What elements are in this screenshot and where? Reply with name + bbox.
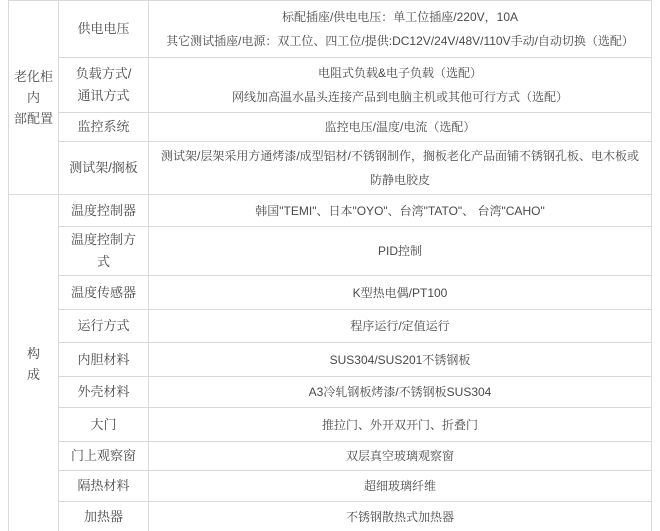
spec-row-label-door-window: 门上观察窗: [59, 442, 149, 471]
spec-row-value-power-voltage: 标配插座/供电电压：单工位插座/220V，10A 其它测试插座/电源：双工位、四…: [149, 1, 652, 58]
spec-row-value-door-window: 双层真空玻璃观察窗: [149, 442, 652, 471]
spec-row-value-monitoring-system: 监控电压/温度/电流（选配）: [149, 113, 652, 142]
table-row: 监控系统 监控电压/温度/电流（选配）: [9, 113, 652, 142]
spec-row-label-inner-material: 内胆材料: [59, 343, 149, 377]
spec-row-value-load-communication: 电阻式负载&电子负载（选配） 网线加高温水晶头连接产品到电脑主机或其他可行方式（…: [149, 58, 652, 113]
section-label-composition: 构 成: [9, 195, 59, 531]
spec-row-label-operation-mode: 运行方式: [59, 310, 149, 343]
spec-row-value-insulation-material: 超细玻璃纤维: [149, 471, 652, 502]
table-row: 加热器 不锈钢散热式加热器: [9, 502, 652, 531]
spec-row-label-insulation-material: 隔热材料: [59, 471, 149, 502]
spec-table: 老化柜 内 部配置 供电电压 标配插座/供电电压：单工位插座/220V，10A …: [8, 0, 652, 531]
spec-row-value-shell-material: A3冷轧钢板烤漆/不锈钢板SUS304: [149, 377, 652, 408]
spec-row-label-monitoring-system: 监控系统: [59, 113, 149, 142]
table-row: 构 成 温度控制器 韩国"TEMI"、日本"OYO"、台湾"TATO"、 台湾"…: [9, 195, 652, 227]
spec-row-label-shell-material: 外壳材料: [59, 377, 149, 408]
spec-row-label-load-communication: 负载方式/ 通讯方式: [59, 58, 149, 113]
spec-page: 老化柜 内 部配置 供电电压 标配插座/供电电压：单工位插座/220V，10A …: [0, 0, 660, 531]
table-row: 大门 推拉门、外开双开门、折叠门: [9, 408, 652, 442]
table-row: 隔热材料 超细玻璃纤维: [9, 471, 652, 502]
spec-row-value-door: 推拉门、外开双开门、折叠门: [149, 408, 652, 442]
table-row: 老化柜 内 部配置 供电电压 标配插座/供电电压：单工位插座/220V，10A …: [9, 1, 652, 58]
table-row: 内胆材料 SUS304/SUS201不锈钢板: [9, 343, 652, 377]
spec-row-value-temp-control-method: PID控制: [149, 227, 652, 276]
table-row: 温度传感器 K型热电偶/PT100: [9, 276, 652, 310]
table-row: 负载方式/ 通讯方式 电阻式负载&电子负载（选配） 网线加高温水晶头连接产品到电…: [9, 58, 652, 113]
spec-row-value-heater: 不锈钢散热式加热器: [149, 502, 652, 531]
spec-row-value-inner-material: SUS304/SUS201不锈钢板: [149, 343, 652, 377]
table-row: 外壳材料 A3冷轧钢板烤漆/不锈钢板SUS304: [9, 377, 652, 408]
spec-row-label-power-voltage: 供电电压: [59, 1, 149, 58]
spec-row-value-temp-controller: 韩国"TEMI"、日本"OYO"、台湾"TATO"、 台湾"CAHO": [149, 195, 652, 227]
spec-row-label-temp-sensor: 温度传感器: [59, 276, 149, 310]
spec-row-value-operation-mode: 程序运行/定值运行: [149, 310, 652, 343]
table-row: 测试架/搁板 测试架/层架采用方通烤漆/成型铝材/不锈钢制作，搁板老化产品面铺不…: [9, 142, 652, 195]
table-row: 运行方式 程序运行/定值运行: [9, 310, 652, 343]
spec-row-label-heater: 加热器: [59, 502, 149, 531]
table-row: 温度控制方 式 PID控制: [9, 227, 652, 276]
spec-row-label-temp-control-method: 温度控制方 式: [59, 227, 149, 276]
spec-row-label-door: 大门: [59, 408, 149, 442]
spec-row-value-test-rack-shelf: 测试架/层架采用方通烤漆/成型铝材/不锈钢制作，搁板老化产品面铺不锈钢孔板、电木…: [149, 142, 652, 195]
spec-row-label-temp-controller: 温度控制器: [59, 195, 149, 227]
section-label-cabinet-internal-config: 老化柜 内 部配置: [9, 1, 59, 195]
spec-row-label-test-rack-shelf: 测试架/搁板: [59, 142, 149, 195]
spec-row-value-temp-sensor: K型热电偶/PT100: [149, 276, 652, 310]
table-row: 门上观察窗 双层真空玻璃观察窗: [9, 442, 652, 471]
